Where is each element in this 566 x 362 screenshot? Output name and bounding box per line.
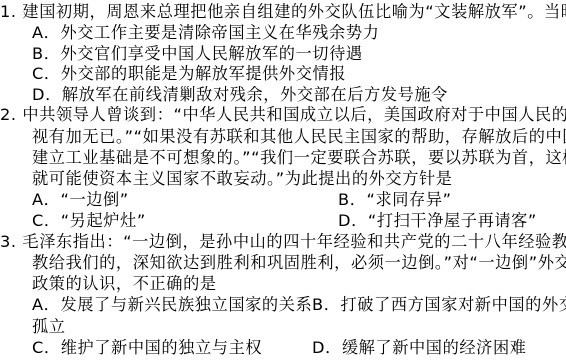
question-number: 2. [0, 105, 17, 124]
option-a: A．“一边倒” [32, 189, 129, 210]
option-c: C．维护了新中国的独立与主权 [32, 337, 262, 358]
stem-line: 就可能使资本主义国家不敢妄动。”为此提出的外交方针是 [32, 168, 453, 189]
option-b: B．外交官们享受中国人民解放军的一切待遇 [32, 43, 363, 64]
option-b: B．“求同存异” [338, 189, 452, 210]
question-3-stem: 3. 毛泽东指出：“一边倒，是孙中山的四十年经验和共产党的二十八年经验教训 [0, 231, 566, 252]
stem-line: 建国初期，周恩来总理把他亲自组建的外交队伍比喻为“文装解放军”。当时 [22, 2, 566, 21]
option-a: A．发展了与新兴民族独立国家的关系 [32, 294, 312, 315]
stem-line: 政策的认识，不正确的是 [32, 273, 217, 294]
option-a: A．外交工作主要是清除帝国主义在华残余势力 [32, 22, 379, 43]
stem-line: 中共领导人曾谈到：“中华人民共和国成立以后，美国政府对于中国人民的敌 [22, 105, 566, 124]
stem-line: 建立工业基础是不可想象的。”“我们一定要联合苏联，要以苏联为首，这样 [32, 147, 566, 168]
option-d: D．解放军在前线清剿敌对残余，外交部在后方发号施令 [32, 84, 448, 105]
option-d: D．“打扫干净屋子再请客” [338, 210, 537, 231]
option-b: B．打破了西方国家对新中国的外交 [312, 294, 566, 315]
option-b-continuation: 孤立 [32, 316, 66, 337]
stem-line: 毛泽东指出：“一边倒，是孙中山的四十年经验和共产党的二十八年经验教训 [22, 232, 566, 251]
option-c: C．“另起炉灶” [32, 210, 146, 231]
question-2-stem: 2. 中共领导人曾谈到：“中华人民共和国成立以后，美国政府对于中国人民的敌 [0, 104, 566, 125]
question-number: 1. [0, 2, 17, 21]
stem-line: 视有加无已。”“如果没有苏联和其他人民民主国家的帮助，存解放后的中国 [32, 126, 566, 147]
option-d: D．缓解了新中国的经济困难 [312, 337, 527, 358]
option-c: C．外交部的职能是为解放军提供外交情报 [32, 63, 346, 84]
question-1-stem: 1. 建国初期，周恩来总理把他亲自组建的外交队伍比喻为“文装解放军”。当时 [0, 1, 566, 22]
question-number: 3. [0, 232, 17, 251]
stem-line: 教给我们的，深知欲达到胜利和巩固胜利，必须一边倒。”对“一边倒”外交 [32, 252, 566, 273]
